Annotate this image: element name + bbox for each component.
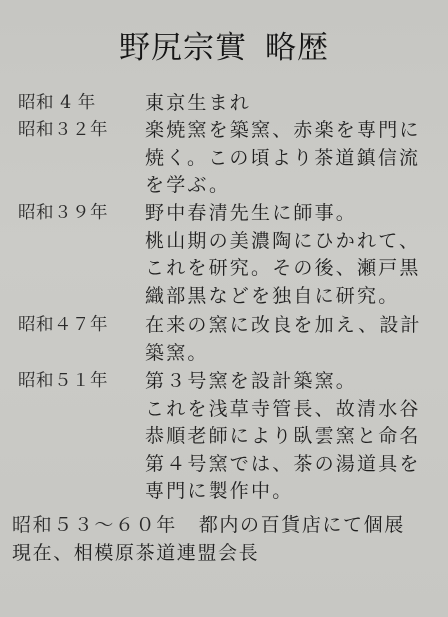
entry-line: 楽焼窯を築窯、赤楽を専門に — [145, 117, 435, 145]
page-title: 野尻宗實略歴 — [0, 22, 448, 67]
entry-line: 第４号窯では、茶の湯道具を — [145, 451, 435, 479]
entry-line: 桃山期の美濃陶にひかれて、 — [145, 228, 435, 256]
entry-year: 昭和４７年 — [18, 312, 108, 339]
entry-year: 昭和３２年 — [18, 117, 108, 144]
timeline-entry-showa-53-60: 昭和５３〜６０年都内の百貨店にて個展 — [12, 512, 405, 539]
entry-line: 焼く。この頃より茶道鎮信流 — [145, 145, 435, 173]
entry-line: 在来の窯に改良を加え、設計 — [145, 312, 435, 340]
title-heading: 略歴 — [265, 30, 329, 66]
entry-line: 東京生まれ — [145, 90, 435, 118]
entry-line: 現在、相模原茶道連盟会長 — [12, 542, 259, 564]
entry-line: 築窯。 — [145, 340, 435, 368]
title-name: 野尻宗實 — [119, 30, 247, 66]
current-position: 現在、相模原茶道連盟会長 — [12, 540, 259, 567]
entry-year: 昭和 4 年 — [18, 90, 96, 117]
entry-line: 恭順老師により臥雲窯と命名 — [145, 423, 435, 451]
entry-year: 昭和５３〜６０年 — [12, 514, 177, 536]
entry-description: 在来の窯に改良を加え、設計 築窯。 — [145, 312, 435, 367]
entry-line: 都内の百貨店にて個展 — [199, 514, 405, 536]
entry-description: 野中春清先生に師事。 桃山期の美濃陶にひかれて、 これを研究。その後、瀬戸黒 織… — [145, 200, 435, 310]
entry-year: 昭和３９年 — [18, 200, 108, 227]
entry-line: 第３号窯を設計築窯。 — [145, 368, 435, 396]
entry-line: を学ぶ。 — [145, 172, 435, 200]
entry-line: 織部黒などを独自に研究。 — [145, 283, 435, 311]
entry-description: 東京生まれ — [145, 90, 435, 118]
entry-description: 第３号窯を設計築窯。 これを浅草寺管長、故清水谷 恭順老師により臥雲窯と命名 第… — [145, 368, 435, 506]
entry-line: これを浅草寺管長、故清水谷 — [145, 396, 435, 424]
entry-line: これを研究。その後、瀬戸黒 — [145, 255, 435, 283]
entry-line: 専門に製作中。 — [145, 478, 435, 506]
entry-line: 野中春清先生に師事。 — [145, 200, 435, 228]
entry-year: 昭和５１年 — [18, 368, 108, 395]
biography-card: 野尻宗實略歴 昭和 4 年 東京生まれ 昭和３２年 楽焼窯を築窯、赤楽を専門に … — [0, 0, 448, 617]
entry-description: 楽焼窯を築窯、赤楽を専門に 焼く。この頃より茶道鎮信流 を学ぶ。 — [145, 117, 435, 200]
